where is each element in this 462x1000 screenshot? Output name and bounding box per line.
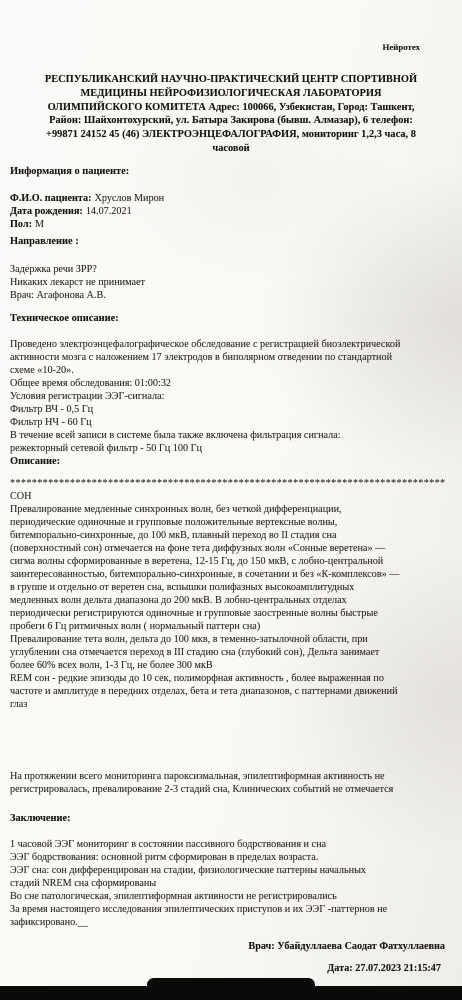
technical-description-section: Техническое описание: Проведено электроэ… <box>10 312 452 455</box>
conclusion-section: Заключение: 1 часовой ЭЭГ мониторинг в с… <box>10 812 452 929</box>
patient-birthdate-field: Дата рождения:14.07.2021 <box>10 205 452 218</box>
eeg-report-page: Нейротех РЕСПУБЛИКАНСКИЙ НАУЧНО-ПРАКТИЧЕ… <box>0 0 462 1000</box>
clinic-brand-mark: Нейротех <box>383 42 420 52</box>
patient-name-field: Ф.И.О. пациента:Хруслов Мирон <box>10 192 452 205</box>
patient-name-value: Хруслов Мирон <box>95 193 165 204</box>
patient-name-label: Ф.И.О. пациента: <box>10 193 92 204</box>
report-date: Дата: 27.07.2023 21:15:47 <box>327 963 441 974</box>
referral-title: Направление : <box>10 235 452 248</box>
patient-birthdate-label: Дата рождения: <box>10 206 83 217</box>
technical-description-title: Техническое описание: <box>10 312 452 325</box>
patient-info-section: Информация о пациенте: Ф.И.О. пациента:Х… <box>10 165 452 232</box>
patient-info-title: Информация о пациенте: <box>10 165 452 178</box>
conclusion-body: 1 часовой ЭЭГ мониторинг в состоянии пас… <box>10 838 452 929</box>
asterisk-divider: ****************************************… <box>10 477 452 490</box>
patient-sex-label: Пол: <box>10 219 32 230</box>
monitoring-summary-section: На протяжении всего мониторинга пароксиз… <box>10 770 452 796</box>
conclusion-title: Заключение: <box>10 812 452 825</box>
patient-sex-field: Пол:М <box>10 218 452 231</box>
sleep-description-body: СОН Превалирование медленные синхронных … <box>10 490 452 711</box>
patient-sex-value: М <box>35 219 44 230</box>
monitoring-summary-body: На протяжении всего мониторинга пароксиз… <box>10 770 452 796</box>
doctor-signature: Врач: Убайдуллаева Саодат Фатхуллаевна <box>248 941 445 952</box>
technical-description-body: Проведено электроэнцефалографическое обс… <box>10 338 452 455</box>
description-section: Описание: ******************************… <box>10 455 452 711</box>
description-title: Описание: <box>10 455 452 468</box>
referral-section: Направление : Задержка речи ЗРР? Никаких… <box>10 235 452 302</box>
scan-edge-bar <box>0 986 462 1000</box>
referral-body: Задержка речи ЗРР? Никаких лекарст не пр… <box>10 263 452 302</box>
patient-birthdate-value: 14.07.2021 <box>86 206 132 217</box>
report-header: РЕСПУБЛИКАНСКИЙ НАУЧНО-ПРАКТИЧЕСКИЙ ЦЕНТ… <box>12 73 450 156</box>
